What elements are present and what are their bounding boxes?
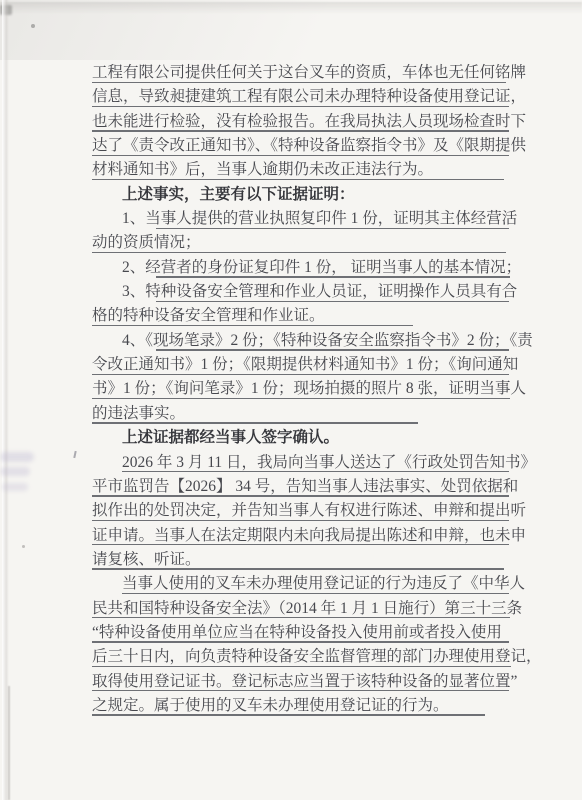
text-line: 3、特种设备安全管理和作业人员证，证明操作人员具有合 [92,280,520,304]
text-line: 也未能进行检验，没有检验报告。在我局执法人员现场检查时下 [92,110,520,134]
text-line-underline [92,714,485,715]
text-line-underline [156,228,509,229]
text-line: 材料通知书》后，当事人逾期仍未改正违法行为。 [92,158,520,182]
text-line-underline [92,544,509,545]
scan-artifact-corner-smudge [0,5,12,15]
text-line: 的违法事实。 [92,402,520,426]
text-line-underline [92,325,413,326]
text-line-underline [122,593,509,594]
text-line-underline [92,495,509,496]
text-line-underline [92,617,510,618]
text-line: 工程有限公司提供任何关于这台叉车的资质，车体也无任何铭牌 [92,61,520,85]
text-line: 后三十日内，向负责特种设备安全监督管理的部门办理使用登记， [92,645,520,669]
scan-artifact-left-edge-band [2,0,9,800]
text-line: 2026 年 3 月 11 日，我局向当事人送达了《行政处罚告知书》 [92,451,520,475]
scan-artifact-left-line [8,686,10,800]
text-line-content: 上述事实，主要有以下证据证明： [92,183,355,207]
text-line: 请复核、听证。 [92,548,520,572]
text-line: 格的特种设备安全管理和作业证。 [92,304,520,328]
text-line-underline [92,520,509,521]
text-line: 平市监罚告【2026】 34 号，告知当事人违法事实、处罚依据和 [92,475,520,499]
text-line-underline [156,301,509,302]
text-line-underline [92,568,504,569]
text-line-underline [92,374,509,375]
text-line: 民共和国特种设备安全法》（2014 年 1 月 1 日施行）第三十三条 [92,597,520,621]
scan-artifact-lavender-smudge [0,452,34,462]
text-line-underline [92,422,418,423]
text-line: 令改正通知书》1 份；《限期提供材料通知书》1 份；《询问通知 [92,353,520,377]
text-line: 2、经营者的身份证复印件 1 份， 证明当事人的基本情况； [92,256,520,280]
text-line-underline [122,471,509,472]
scan-artifact-lavender-smudge [2,483,28,491]
text-line: 取得使用登记证书。登记标志应当置于该特种设备的显著位置” [92,670,520,694]
scan-artifact-top-band [0,2,582,14]
text-line: 信息，导致昶捷建筑工程有限公司未办理特种设备使用登记证， [92,85,520,109]
text-line-underline [156,349,509,350]
text-line: 4、《现场笔录》2 份；《特种设备安全监察指令书》2 份；《责 [92,329,520,353]
text-line-underline [92,398,510,399]
text-line: 动的资质情况； [92,231,520,255]
text-line-underline [92,641,509,642]
scan-artifact-lavender-smudge [0,467,30,476]
text-line: 1、当事人提供的营业执照复印件 1 份，证明其主体经营活 [92,207,520,231]
text-line: 书》1 份；《询问笔录》1 份；现场拍摄的照片 8 张，证明当事人 [92,377,520,401]
text-line: 当事人使用的叉车未办理使用登记证的行为违反了《中华人 [92,572,520,596]
text-line-content: 上述证据都经当事人签字确认。 [92,426,339,450]
scan-artifact-speck [22,545,25,548]
text-line: “特种设备使用单位应当在特种设备投入使用前或者投入使用 [92,621,520,645]
text-line-underline [92,155,509,156]
scan-artifact-speck [31,24,35,28]
text-line-underline [92,130,509,131]
scan-artifact-tick-mark [73,451,76,458]
text-line-underline [156,276,510,277]
text-line-underline [92,690,509,691]
text-line-underline [92,82,506,83]
text-line-underline [92,179,504,180]
text-line: 证申请。当事人在法定期限内未向我局提出陈述和申辩，也未申 [92,524,520,548]
text-line: 之规定。属于使用的叉车未办理使用登记证的行为。 [92,694,520,718]
text-line-underline [92,106,509,107]
document-body: 工程有限公司提供任何关于这台叉车的资质，车体也无任何铭牌信息，导致昶捷建筑工程有… [92,61,520,718]
scanned-page: 工程有限公司提供任何关于这台叉车的资质，车体也无任何铭牌信息，导致昶捷建筑工程有… [0,0,582,800]
text-line-underline [92,666,511,667]
text-line: 拟作出的处罚决定，并告知当事人有权进行陈述、申辩和提出听 [92,499,520,523]
text-line: 达了《责令改正通知书》、《特种设备监察指令书》及《限期提供 [92,134,520,158]
scan-artifact-top-shading [0,0,582,60]
text-line-heading: 上述证据都经当事人签字确认。 [92,426,520,450]
text-line-heading: 上述事实，主要有以下证据证明： [92,183,520,207]
text-line-underline [92,252,506,253]
